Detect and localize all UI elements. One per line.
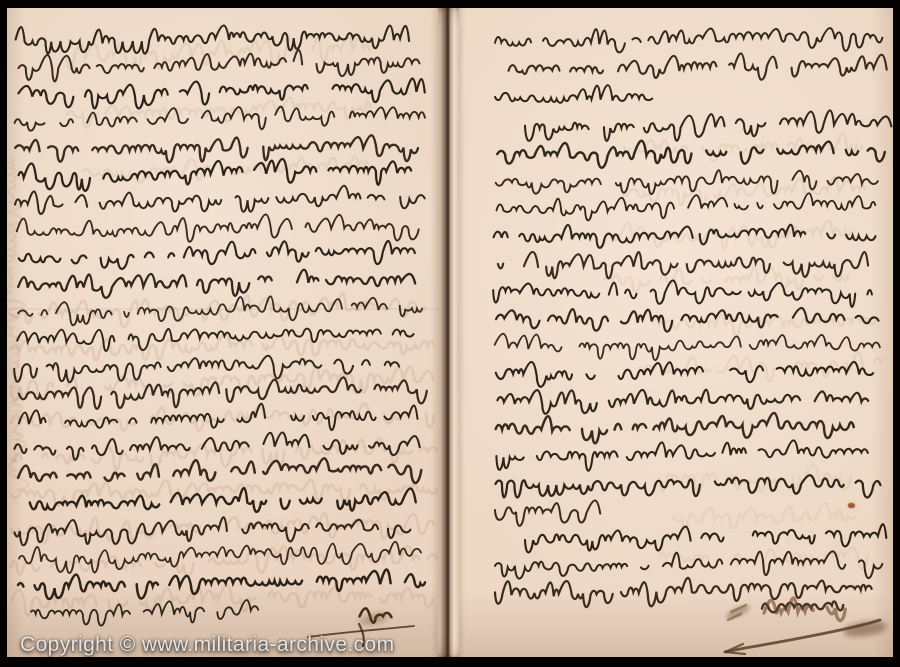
handwriting-left-page [7,8,438,657]
handwriting-right-page [459,8,893,657]
watermark-copyright: Copyright © www.militaria-archive.com [20,633,395,657]
scanned-letter-photo: Copyright © www.militaria-archive.com [0,0,900,667]
letter-paper [7,8,893,657]
ink-blot [848,503,855,508]
